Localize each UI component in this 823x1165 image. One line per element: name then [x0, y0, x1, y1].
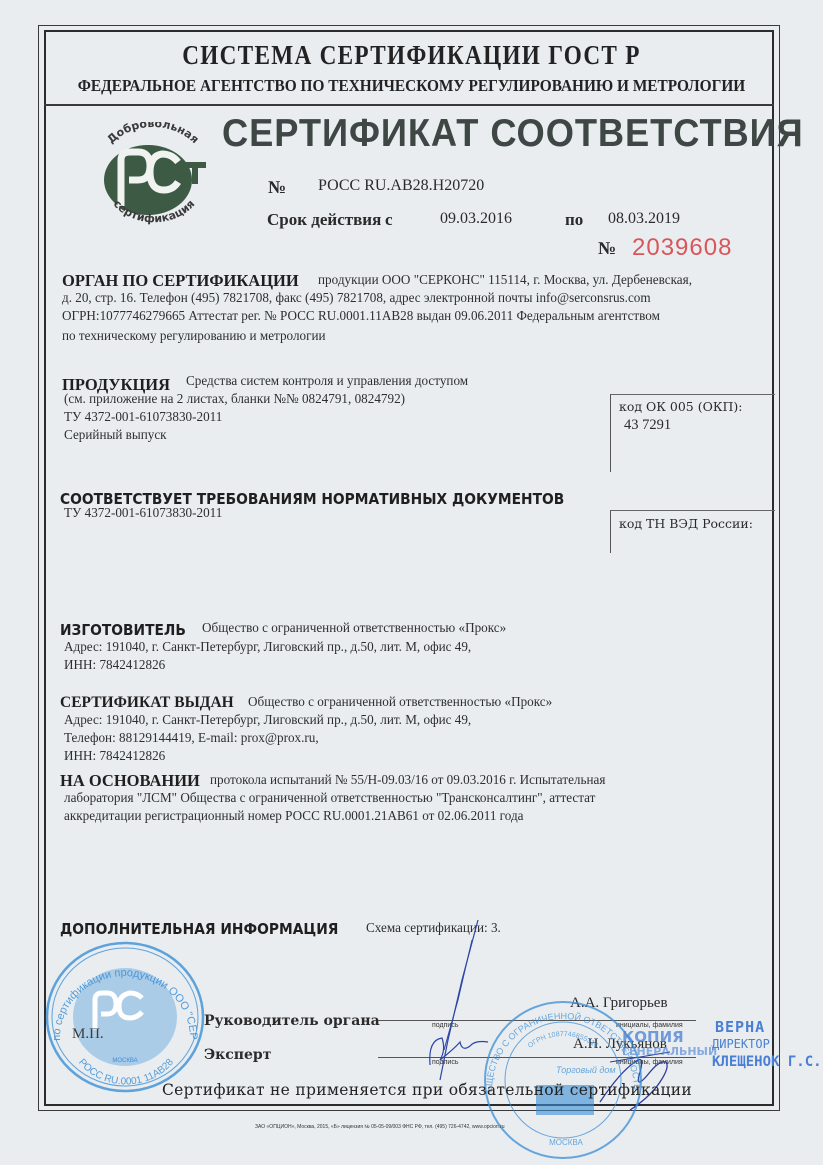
basis-line: лаборатория "ЛСМ" Общества с ограниченно… — [64, 791, 595, 807]
issued-to-heading: СЕРТИФИКАТ ВЫДАН — [60, 694, 234, 712]
product-line: Серийный выпуск — [64, 428, 167, 444]
company-seal-icon: ОБЩЕСТВО С ОГРАНИЧЕННОЙ ОТВЕТСТВЕННОСТЬЮ… — [478, 995, 648, 1160]
okp-code-value: 43 7291 — [624, 417, 671, 434]
svg-text:МОСКВА: МОСКВА — [549, 1138, 583, 1147]
validity-from-label: с — [385, 210, 393, 230]
copy-sub-stamp: ГЕНЕРАЛЬНЫЙ — [622, 1045, 717, 1058]
tn-ved-code-box: код ТН ВЭД России: — [610, 510, 775, 553]
head-role-label: Руководитель органа — [204, 1013, 380, 1029]
issued-to-line: Общество с ограниченной ответственностью… — [248, 695, 552, 711]
copy-word-stamp: КОПИЯ — [622, 1028, 684, 1046]
rst-logo-icon: Добровольная сертификация — [88, 122, 218, 232]
manufacturer-line: Адрес: 191040, г. Санкт-Петербург, Лигов… — [64, 640, 471, 656]
certification-body-line: по техническому регулированию и метролог… — [62, 329, 326, 345]
product-line: Средства систем контроля и управления до… — [186, 374, 468, 390]
additional-info-heading: ДОПОЛНИТЕЛЬНАЯ ИНФОРМАЦИЯ — [60, 920, 338, 938]
basis-line: протокола испытаний № 55/Н-09.03/16 от 0… — [210, 773, 605, 789]
valid-to-date: 08.03.2019 — [608, 210, 680, 228]
printer-imprint: ЗАО «ОПЦИОН», Москва, 2015, «Б» лицензия… — [255, 1124, 505, 1130]
product-line: ТУ 4372-001-61073830-2011 — [64, 410, 222, 426]
copy-stamp-line2: ДИРЕКТОР — [712, 1037, 770, 1051]
number-label: № — [268, 177, 286, 198]
issued-to-line: Адрес: 191040, г. Санкт-Петербург, Лигов… — [64, 713, 471, 729]
certificate-number: РОСС RU.АВ28.Н20720 — [318, 177, 484, 195]
certification-body-line: продукции ООО "СЕРКОНС" 115114, г. Москв… — [318, 273, 692, 289]
svg-text:МОСКВА: МОСКВА — [112, 1058, 137, 1064]
manufacturer-line: ИНН: 7842412826 — [64, 658, 165, 674]
copy-stamp-line1: ВЕРНА — [715, 1018, 765, 1036]
basis-heading: НА ОСНОВАНИИ — [60, 771, 200, 791]
compliance-line: ТУ 4372-001-61073830-2011 — [64, 506, 222, 522]
svg-text:Добровольная: Добровольная — [105, 122, 202, 146]
issued-to-line: Телефон: 88129144419, E-mail: prox@prox.… — [64, 731, 319, 747]
svg-text:ОБЩЕСТВО С ОГРАНИЧЕННОЙ ОТВЕТС: ОБЩЕСТВО С ОГРАНИЧЕННОЙ ОТВЕТСТВЕННОСТЬЮ — [478, 995, 642, 1092]
seal-label: М.П. — [72, 1026, 104, 1043]
certification-body-seal-icon: Орган по сертификации продукции ООО "СЕР… — [40, 938, 210, 1096]
validity-to-label: по — [565, 210, 583, 230]
certification-body-line: д. 20, стр. 16. Телефон (495) 7821708, ф… — [62, 291, 651, 307]
footer-note: Сертификат не применяется при обязательн… — [162, 1081, 692, 1099]
validity-label: Срок действия — [267, 210, 381, 230]
okp-code-box: код ОК 005 (ОКП): 43 7291 — [610, 394, 775, 472]
manufacturer-line: Общество с ограниченной ответственностью… — [202, 621, 506, 637]
blank-number-label: № — [598, 238, 616, 259]
valid-from-date: 09.03.2016 — [440, 210, 512, 228]
copy-stamp-line3: КЛЕЩЕНОК Г.С. — [712, 1054, 822, 1070]
tn-ved-code-label: код ТН ВЭД России: — [619, 516, 753, 531]
okp-code-label: код ОК 005 (ОКП): — [619, 399, 743, 414]
expert-role-label: Эксперт — [204, 1047, 271, 1063]
issued-to-line: ИНН: 7842412826 — [64, 749, 165, 765]
certification-body-heading: ОРГАН ПО СЕРТИФИКАЦИИ — [62, 271, 299, 291]
svg-text:ОГРН 1087746855316: ОГРН 1087746855316 — [527, 1031, 599, 1050]
agency-title: ФЕДЕРАЛЬНОЕ АГЕНТСТВО ПО ТЕХНИЧЕСКОМУ РЕ… — [29, 76, 794, 96]
system-title: СИСТЕМА СЕРТИФИКАЦИИ ГОСТ Р — [58, 40, 766, 71]
certification-body-line: ОГРН:1077746279665 Аттестат рег. № РОСС … — [62, 309, 660, 325]
svg-text:Торговый дом: Торговый дом — [556, 1065, 616, 1075]
certificate-title: СЕРТИФИКАТ СООТВЕТСТВИЯ — [222, 112, 804, 156]
basis-line: аккредитации регистрационный номер РОСС … — [64, 809, 523, 825]
blank-number: 2039608 — [632, 234, 732, 262]
manufacturer-heading: ИЗГОТОВИТЕЛЬ — [60, 621, 186, 639]
product-line: (см. приложение на 2 листах, бланки №№ 0… — [64, 392, 405, 408]
